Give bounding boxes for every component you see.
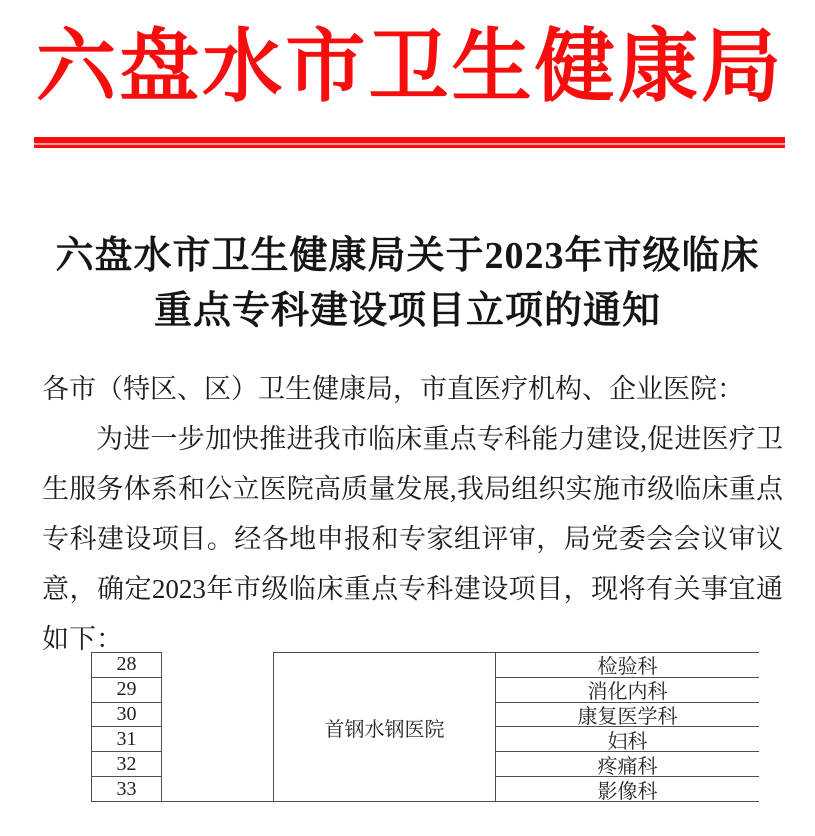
letterhead-char: 水	[202, 28, 282, 108]
document-page: 六盘水市卫生健康局 六盘水市卫生健康局关于2023年市级临床 重点专科建设项目立…	[0, 0, 815, 836]
letterhead-char: 六	[36, 28, 116, 108]
table-column-departments: 检验科消化内科康复医学科妇科疼痛科影像科	[496, 652, 759, 801]
table-cell-department: 消化内科	[496, 678, 759, 703]
letterhead-char: 局	[701, 28, 781, 108]
table-cell-department: 疼痛科	[496, 752, 759, 777]
table-cell-department: 检验科	[496, 653, 759, 678]
letterhead-char: 康	[618, 28, 698, 108]
letterhead-char: 市	[285, 28, 365, 108]
hospital-name: 首钢水钢医院	[325, 713, 445, 742]
table-cell-department: 影像科	[496, 777, 759, 801]
body-line: 专科建设项目。经各地申报和专家组评审，局党委会会议审议同	[42, 514, 783, 564]
body-line: 意，确定2023年市级临床重点专科建设项目，现将有关事宜通知	[42, 564, 783, 614]
letterhead-char: 盘	[119, 28, 199, 108]
table-column-numbers: 282930313233	[91, 652, 162, 801]
body-line: 各市（特区、区）卫生健康局，市直医疗机构、企业医院：	[42, 364, 783, 414]
body-line: 为进一步加快推进我市临床重点专科能力建设,促进医疗卫	[42, 414, 783, 464]
table-cell-number: 29	[92, 678, 161, 703]
table-cell-number: 28	[92, 653, 161, 678]
red-divider	[34, 137, 785, 148]
table-cell-number: 30	[92, 703, 161, 728]
table-cell-number: 31	[92, 727, 161, 752]
red-divider-thin-line	[34, 145, 785, 148]
table-cell-number: 32	[92, 752, 161, 777]
letterhead-char: 健	[535, 28, 615, 108]
document-title-line1: 六盘水市卫生健康局关于2023年市级临床	[0, 229, 815, 284]
table-cell-hospital: 首钢水钢医院	[273, 652, 496, 801]
table-cell-number: 33	[92, 777, 161, 801]
body-line: 生服务体系和公立医院高质量发展,我局组织实施市级临床重点	[42, 464, 783, 514]
document-body: 各市（特区、区）卫生健康局，市直医疗机构、企业医院：为进一步加快推进我市临床重点…	[42, 364, 783, 664]
project-table: 282930313233 首钢水钢医院 检验科消化内科康复医学科妇科疼痛科影像科	[91, 652, 759, 802]
document-title: 六盘水市卫生健康局关于2023年市级临床 重点专科建设项目立项的通知	[0, 229, 815, 339]
table-column-region-empty	[162, 652, 273, 801]
letterhead-char: 卫	[369, 28, 449, 108]
letterhead-char: 生	[452, 28, 532, 108]
document-title-line2: 重点专科建设项目立项的通知	[0, 284, 815, 339]
table-cell-department: 康复医学科	[496, 703, 759, 728]
table-cell-department: 妇科	[496, 727, 759, 752]
letterhead-title: 六盘水市卫生健康局	[36, 14, 781, 122]
